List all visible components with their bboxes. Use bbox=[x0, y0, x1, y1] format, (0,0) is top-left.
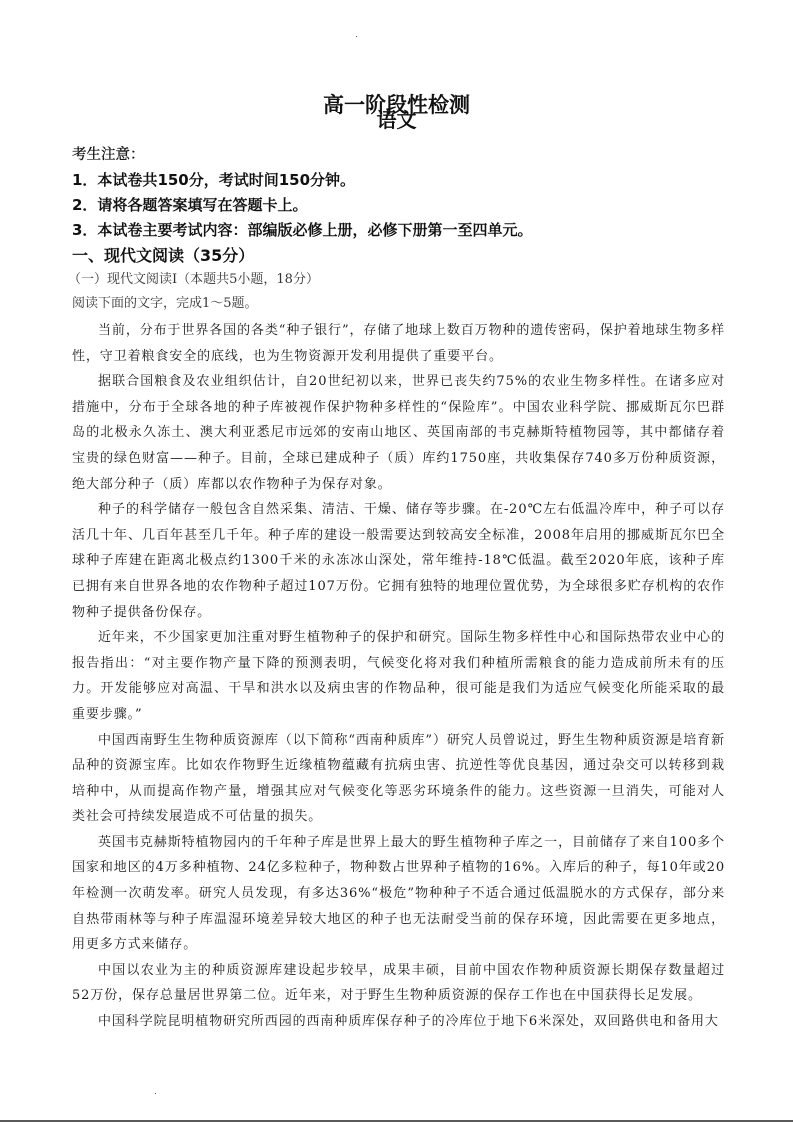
notice-item-3: 3．本试卷主要考试内容：部编版必修上册，必修下册第一至四单元。 bbox=[72, 218, 732, 243]
subsection-heading: （一）现代文阅读Ⅰ（本题共5小题，18分） bbox=[68, 268, 732, 292]
notice-item-1: 1．本试卷共150分，考试时间150分钟。 bbox=[72, 168, 732, 193]
section-heading: 一、现代文阅读（35分） bbox=[72, 243, 732, 268]
notice-heading: 考生注意： bbox=[72, 143, 732, 168]
passage-paragraph-3: 种子的科学储存一般包含自然采集、清洁、干燥、储存等步骤。在-20℃左右低温冷库中… bbox=[72, 497, 725, 625]
exam-header-block: 考生注意： 1．本试卷共150分，考试时间150分钟。 2．请将各题答案填写在答… bbox=[72, 143, 732, 316]
passage-paragraph-7: 中国以农业为主的种质资源库建设起步较早，成果丰硕，目前中国农作物种质资源长期保存… bbox=[72, 958, 725, 1009]
exam-page: 高一阶段性检测 语文 考生注意： 1．本试卷共150分，考试时间150分钟。 2… bbox=[0, 0, 793, 1122]
passage-paragraph-5: 中国西南野生生物种质资源库（以下简称“西南种质库”）研究人员曾说过，野生生物种质… bbox=[72, 728, 725, 830]
subject-label: 语文 bbox=[377, 108, 417, 132]
exam-subject: 语文 bbox=[0, 105, 793, 135]
passage-paragraph-1: 当前，分布于世界各国的各类“种子银行”，存储了地球上数百万物种的遗传密码，保护着… bbox=[72, 318, 725, 369]
passage-paragraph-8: 中国科学院昆明植物研究所西园的西南种质库保存种子的冷库位于地下6米深处，双回路供… bbox=[72, 1009, 725, 1035]
scan-speck bbox=[155, 1093, 156, 1094]
passage-paragraph-4: 近年来，不少国家更加注重对野生植物种子的保护和研究。国际生物多样性中心和国际热带… bbox=[72, 625, 725, 727]
passage-paragraph-2: 据联合国粮食及农业组织估计，自20世纪初以来，世界已丧失约75%的农业生物多样性… bbox=[72, 369, 725, 497]
passage-paragraph-6: 英国韦克赫斯特植物园内的千年种子库是世界上最大的野生植物种子库之一，目前储存了来… bbox=[72, 830, 725, 958]
reading-passage: 当前，分布于世界各国的各类“种子银行”，存储了地球上数百万物种的遗传密码，保护着… bbox=[72, 318, 725, 1035]
reading-instruction: 阅读下面的文字，完成1～5题。 bbox=[72, 292, 732, 316]
notice-item-2: 2．请将各题答案填写在答题卡上。 bbox=[72, 193, 732, 218]
scan-speck bbox=[356, 36, 357, 37]
